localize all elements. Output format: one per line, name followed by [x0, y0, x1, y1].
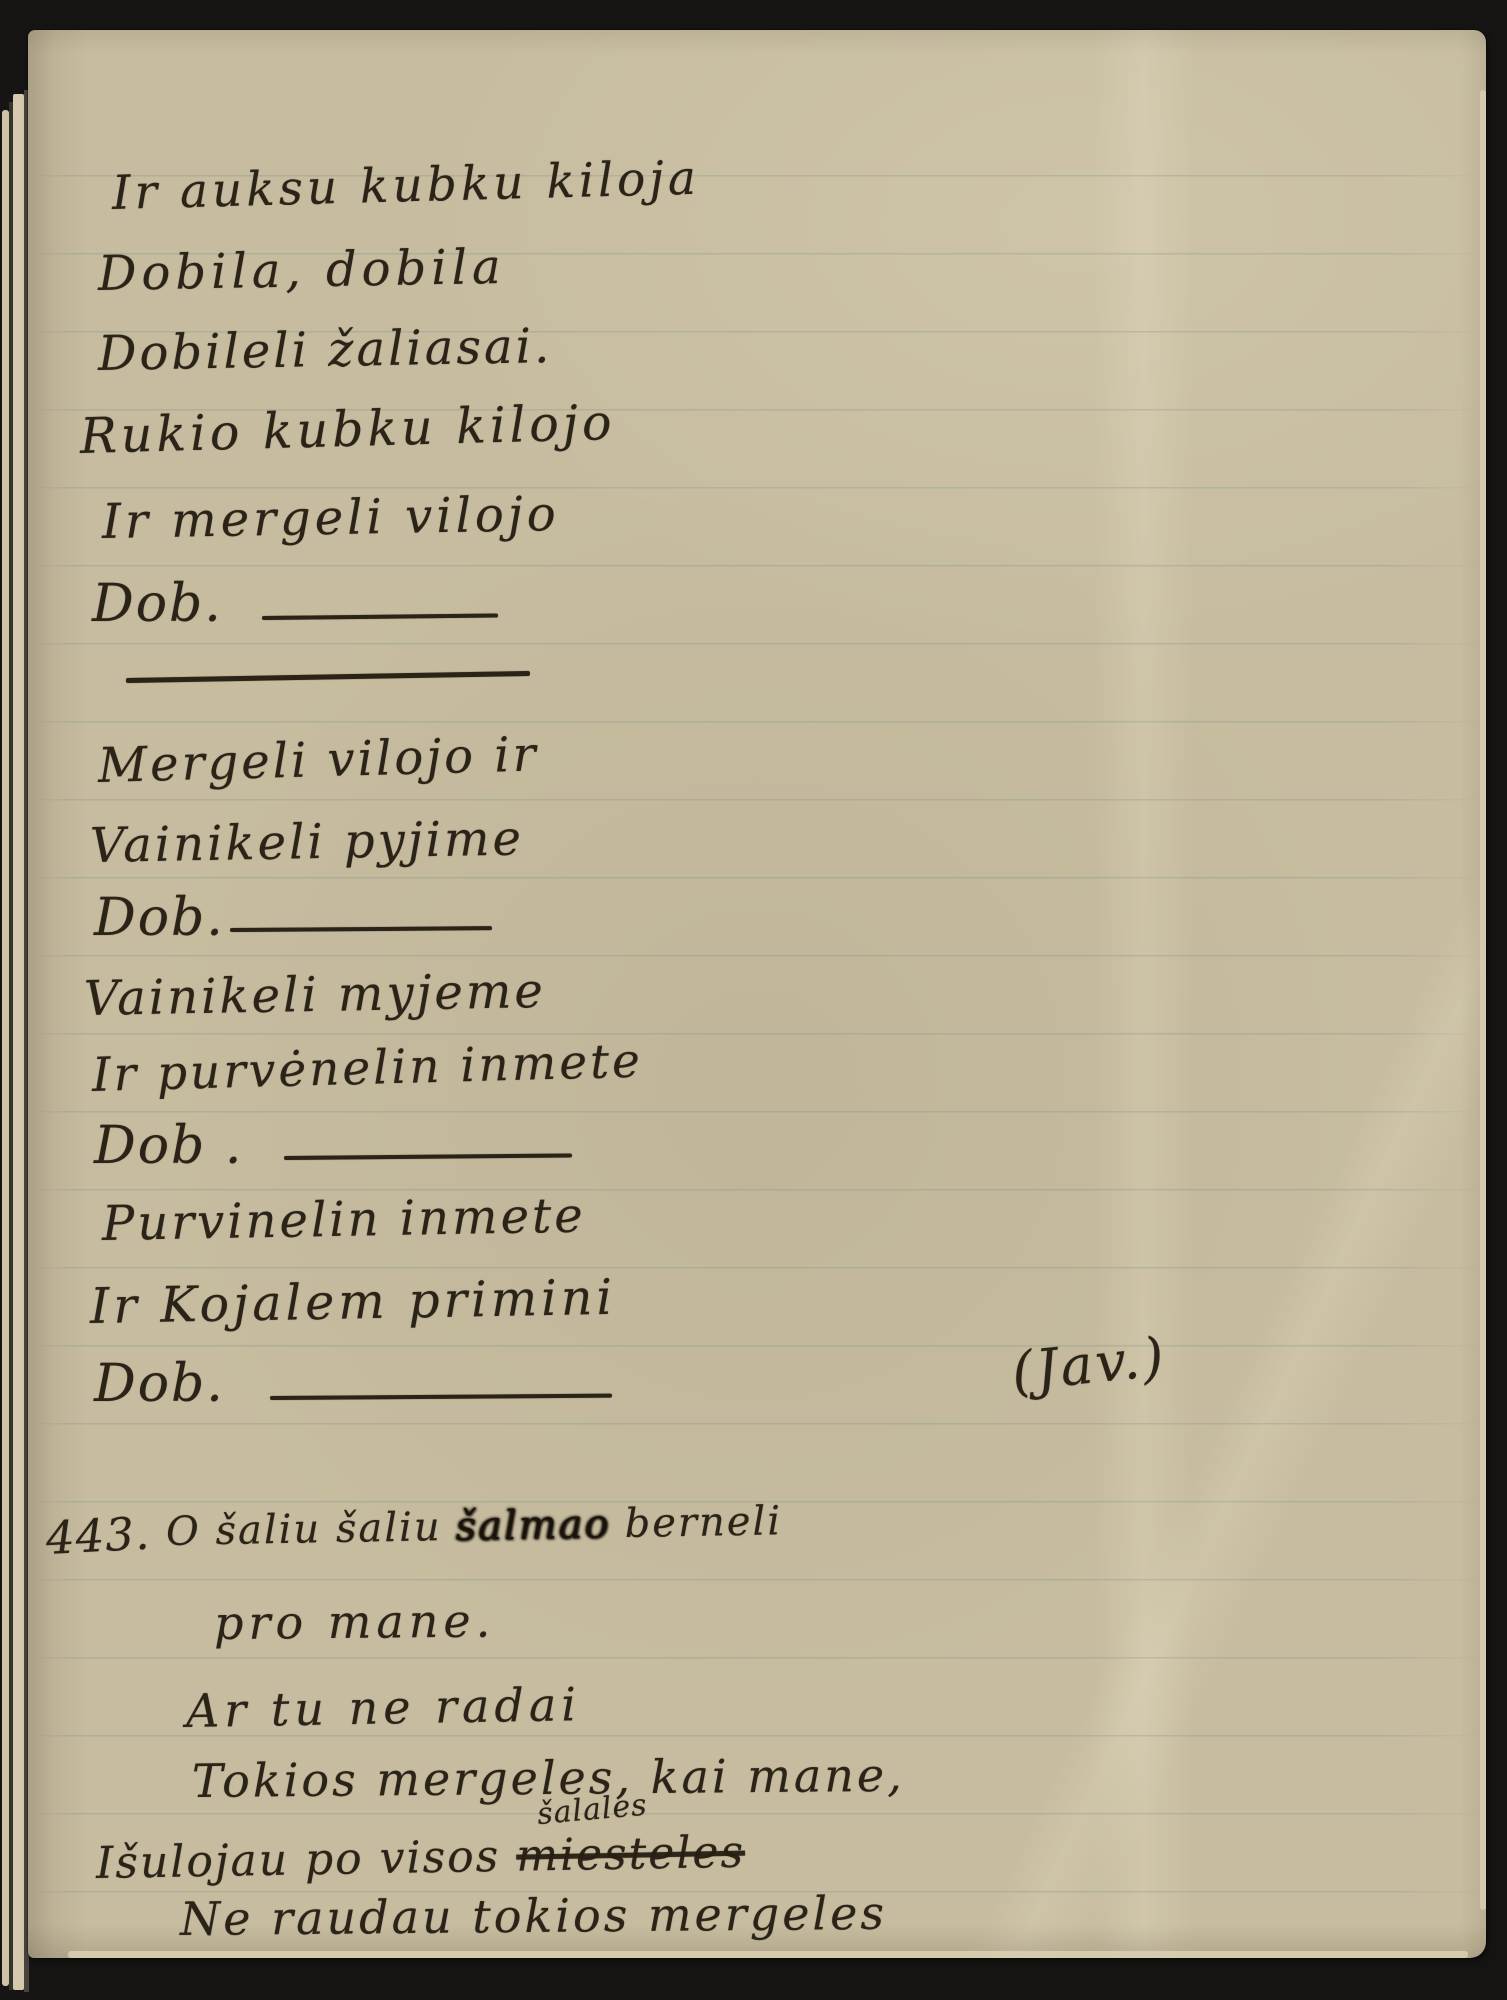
refrain-dob-label-2: Dob.: [94, 892, 225, 944]
stanza1-line-4: Rukio kubku kilojo: [79, 398, 616, 461]
stanza2-line-2: Vainikeli pyjime: [90, 814, 525, 870]
annotation-jav: (Jav.): [1009, 1330, 1169, 1400]
stanza1-line-3: Dobileli žaliasai.: [98, 322, 553, 378]
refrain-dob-label-1: Dob.: [92, 578, 223, 630]
stanza-number-443: 443.: [45, 1511, 151, 1561]
stanza443-line-6: Ne raudau tokios mergeles: [180, 1890, 887, 1942]
line-text-pre: O šaliu šaliu: [166, 1504, 442, 1555]
refrain-dob-label-3: Dob .: [94, 1120, 243, 1172]
page-edge-strip: [2, 110, 9, 1986]
refrain-dob-label-4: Dob.: [94, 1358, 225, 1410]
stanza2-line-1: Mergeli vilojo ir: [97, 730, 539, 790]
stanza2-line-6: Ir Kojalem primini: [90, 1273, 617, 1331]
stanza1-line-1: Ir auksu kubku kiloja: [111, 155, 700, 217]
paper-edge-right: [1480, 90, 1486, 1910]
stanza443-line-3: Ar tu ne radai: [186, 1681, 582, 1734]
stanza2-line-3: Vainikeli myjeme: [84, 967, 547, 1023]
stanza443-line-5: Išulojau po visosmiestelesšalales: [96, 1831, 746, 1886]
blotted-word: šalmao: [455, 1501, 611, 1550]
stanza443-line-2: pro mane.: [214, 1598, 496, 1646]
page-edge-strip: [13, 94, 24, 1990]
struck-word: miestelesšalales: [516, 1827, 746, 1882]
stanza2-line-5: Purvinelin inmete: [102, 1192, 586, 1248]
scanned-notebook-page: Ir auksu kubku kiloja Dobila, dobila Dob…: [0, 0, 1507, 2000]
stanza1-line-2: Dobila, dobila: [98, 243, 506, 298]
stanza2-line-4: Ir purvėnelin inmete: [91, 1038, 643, 1099]
paper-edge-bottom: [68, 1951, 1468, 1958]
stanza1-line-5: Ir mergeli vilojo: [102, 490, 560, 546]
stanza443-line-1: O šaliu šaliušalmaoberneli: [166, 1501, 783, 1552]
line-text-post: berneli: [624, 1498, 782, 1547]
line-text-pre: Išulojau po visos: [96, 1831, 501, 1889]
